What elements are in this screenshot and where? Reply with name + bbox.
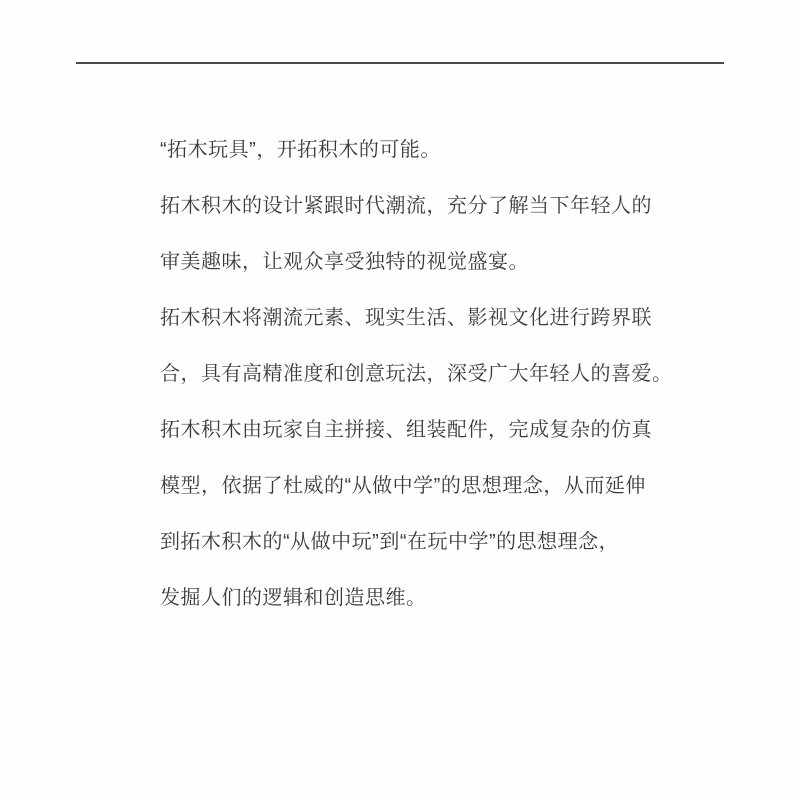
- text-line: 到拓木积木的“从做中玩”到“在玩中学”的思想理念，: [160, 514, 680, 570]
- text-line: 审美趣味，让观众享受独特的视觉盛宴。: [160, 234, 680, 290]
- description-text-block: “拓木玩具”，开拓积木的可能。 拓木积木的设计紧跟时代潮流，充分了解当下年轻人的…: [160, 122, 680, 626]
- description-page: “拓木玩具”，开拓积木的可能。 拓木积木的设计紧跟时代潮流，充分了解当下年轻人的…: [0, 0, 800, 800]
- text-line: 拓木积木将潮流元素、现实生活、影视文化进行跨界联: [160, 290, 680, 346]
- text-line: 发掘人们的逻辑和创造思维。: [160, 570, 680, 626]
- text-line: 拓木积木的设计紧跟时代潮流，充分了解当下年轻人的: [160, 178, 680, 234]
- text-line: 模型，依据了杜威的“从做中学”的思想理念，从而延伸: [160, 458, 680, 514]
- text-line: 拓木积木由玩家自主拼接、组装配件，完成复杂的仿真: [160, 402, 680, 458]
- top-divider-line: [76, 62, 724, 64]
- text-line: 合，具有高精准度和创意玩法，深受广大年轻人的喜爱。: [160, 346, 680, 402]
- text-line: “拓木玩具”，开拓积木的可能。: [160, 122, 680, 178]
